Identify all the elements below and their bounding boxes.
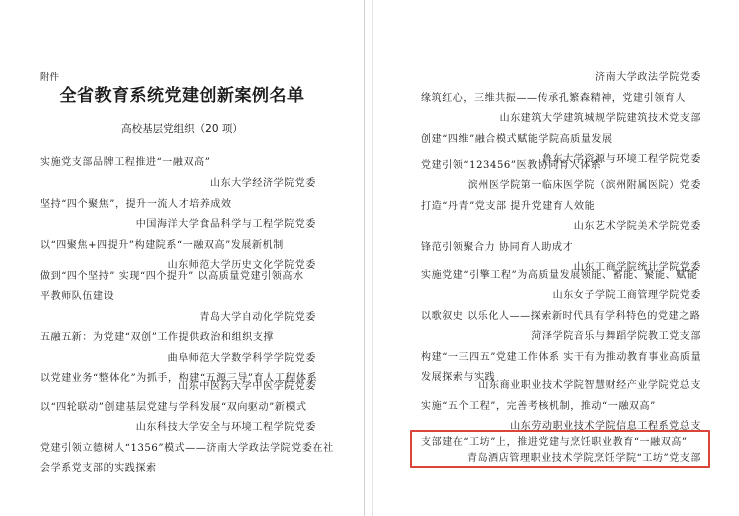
case-title: 实施党支部品牌工程推进“一融双高” (40, 156, 210, 169)
case-organization: 中国海洋大学食品科学与工程学院党委 (136, 218, 316, 231)
case-organization: 山东艺术学院美术学院党委 (574, 220, 701, 233)
case-title: 五融五新：为党建“双创”工作提供政治和组织支撑 (40, 331, 274, 344)
case-organization: 山东建筑大学建筑城规学院建筑技术党支部 (500, 112, 701, 125)
case-title: 锋范引领聚合力 协同育人助成才 (421, 241, 573, 254)
case-title: 构建“一三四五”党建工作体系 实干有为推动教育事业高质量 (421, 351, 701, 364)
case-organization: 山东女子学院工商管理学院党委 (553, 289, 701, 302)
case-title: 实施“五个工程”，完善考核机制，推动“一融双高” (421, 400, 656, 413)
left-page: 附件 全省教育系统党建创新案例名单 高校基层党组织（20 项） 实施党支部品牌工… (0, 0, 365, 516)
case-title: 党建引领“123456”医教协同育人体系 (421, 159, 601, 172)
case-organization: 山东大学经济学院党委 (210, 177, 316, 190)
page-gutter (365, 0, 373, 516)
case-title: 以“四聚焦+四提升”构建院系“一融双高”发展新机制 (40, 239, 284, 252)
case-organization: 滨州医学院第一临床医学院（滨州附属医院）党委 (468, 179, 701, 192)
case-title: 党建引领立德树人“1356”模式——济南大学政法学院党委在社 (40, 442, 334, 455)
case-title: 实施党建“引擎工程”为高质量发展领能、蓄能、聚能、赋能 (421, 269, 697, 282)
case-title: 以歌叙史 以乐化人——探索新时代具有学科特色的党建之路 (421, 310, 700, 323)
case-title: 缘筑红心，三维共振——传承孔繁森精神，党建引领育人 (421, 92, 686, 105)
section-title: 高校基层党组织（20 项） (0, 121, 364, 136)
highlight-annotation-box (410, 430, 710, 468)
case-title: 做到“四个坚持” 实现“四个提升” 以高质量党建引领高水 (40, 270, 304, 283)
case-organization: 山东商业职业技术学院智慧财经产业学院党总支 (478, 379, 701, 392)
case-title: 打造“丹青”党支部 提升党建育人效能 (421, 200, 595, 213)
document-title: 全省教育系统党建创新案例名单 (0, 81, 364, 106)
case-organization: 山东中医药大学中医学院党委 (178, 380, 316, 393)
case-title: 以“四轮联动”创建基层党建与学科发展“双向驱动”新模式 (40, 401, 307, 414)
case-title: 平教师队伍建设 (40, 290, 114, 303)
case-organization: 青岛大学自动化学院党委 (199, 311, 316, 324)
case-organization: 山东科技大学安全与环境工程学院党委 (136, 421, 316, 434)
case-organization: 菏泽学院音乐与舞蹈学院教工党支部 (531, 330, 701, 343)
case-organization: 济南大学政法学院党委 (595, 71, 701, 84)
case-title: 创建“四维”融合模式赋能学院高质量发展 (421, 133, 613, 146)
case-title: 坚持“四个聚焦”，提升一流人才培养成效 (40, 198, 232, 211)
case-organization: 曲阜师范大学数学科学学院党委 (168, 352, 316, 365)
case-title: 会学系党支部的实践探索 (40, 462, 157, 475)
